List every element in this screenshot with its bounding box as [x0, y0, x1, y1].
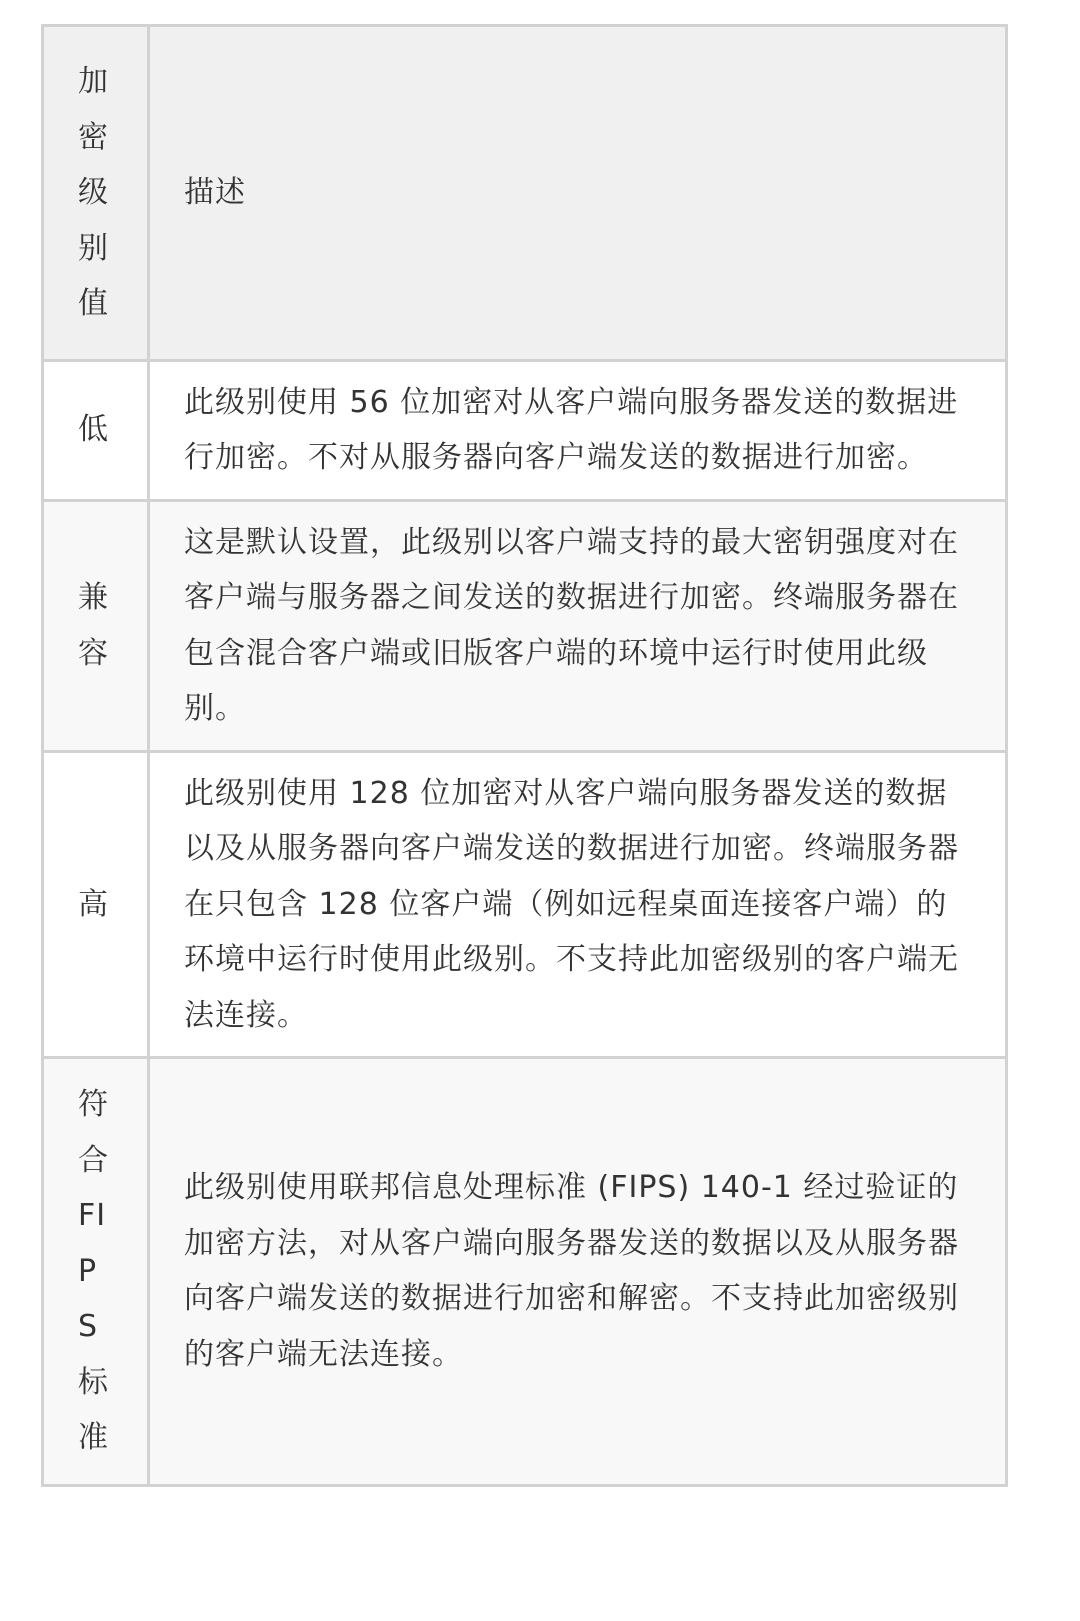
header-cell-description: 描述: [149, 26, 1007, 361]
header-cell-level: 加密级别值: [43, 26, 149, 361]
description-cell: 此级别使用联邦信息处理标准 (FIPS) 140-1 经过验证的加密方法，对从客…: [149, 1058, 1007, 1486]
description-cell: 此级别使用 56 位加密对从客户端向服务器发送的数据进行加密。不对从服务器向客户…: [149, 360, 1007, 500]
description-cell: 这是默认设置，此级别以客户端支持的最大密钥强度对在客户端与服务器之间发送的数据进…: [149, 500, 1007, 751]
level-cell: 符合FIPS标准: [43, 1058, 149, 1486]
level-value: 高: [78, 877, 112, 933]
encryption-level-table: 加密级别值 描述 低 此级别使用 56 位加密对从客户端向服务器发送的数据进行加…: [41, 24, 1008, 1487]
table-row-high: 高 此级别使用 128 位加密对从客户端向服务器发送的数据以及从服务器向客户端发…: [43, 751, 1007, 1058]
table-row-fips: 符合FIPS标准 此级别使用联邦信息处理标准 (FIPS) 140-1 经过验证…: [43, 1058, 1007, 1486]
header-level-label: 加密级别值: [78, 54, 112, 332]
description-cell: 此级别使用 128 位加密对从客户端向服务器发送的数据以及从服务器向客户端发送的…: [149, 751, 1007, 1058]
level-cell: 兼容: [43, 500, 149, 751]
level-value: 兼容: [78, 570, 112, 681]
level-cell: 高: [43, 751, 149, 1058]
level-value: 低: [78, 402, 112, 458]
table-header-row: 加密级别值 描述: [43, 26, 1007, 361]
table-row-low: 低 此级别使用 56 位加密对从客户端向服务器发送的数据进行加密。不对从服务器向…: [43, 360, 1007, 500]
level-cell: 低: [43, 360, 149, 500]
table-row-compatible: 兼容 这是默认设置，此级别以客户端支持的最大密钥强度对在客户端与服务器之间发送的…: [43, 500, 1007, 751]
level-value: 符合FIPS标准: [78, 1077, 112, 1466]
